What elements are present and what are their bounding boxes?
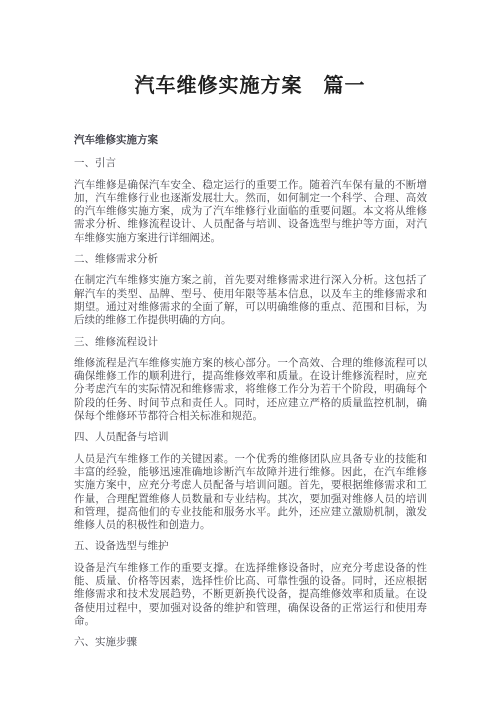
section-heading-introduction: 一、引言 (74, 157, 427, 170)
section-heading-demand-analysis: 二、维修需求分析 (74, 253, 427, 266)
section-heading-process-design: 三、维修流程设计 (74, 336, 427, 349)
section-paragraph-process-design: 维修流程是汽车维修实施方案的核心部分。一个高效、合理的维修流程可以确保维修工作的… (74, 357, 427, 423)
document-body: 汽车维修实施方案 一、引言 汽车维修是确保汽车安全、稳定运行的重要工作。随着汽车… (74, 134, 427, 650)
document-subtitle: 汽车维修实施方案 (74, 134, 427, 147)
document-page: 汽车维修实施方案 篇一 汽车维修实施方案 一、引言 汽车维修是确保汽车安全、稳定… (0, 0, 500, 707)
section-heading-implementation-steps: 六、实施步骤 (74, 636, 427, 649)
section-heading-staffing-training: 四、人员配备与培训 (74, 431, 427, 444)
section-paragraph-introduction: 汽车维修是确保汽车安全、稳定运行的重要工作。随着汽车保有量的不断增加，汽车维修行… (74, 179, 427, 245)
section-paragraph-equipment: 设备是汽车维修工作的重要支撑。在选择维修设备时，应充分考虑设备的性能、质量、价格… (74, 562, 427, 628)
section-heading-equipment: 五、设备选型与维护 (74, 540, 427, 553)
section-paragraph-staffing-training: 人员是汽车维修工作的关键因素。一个优秀的维修团队应具备专业的技能和丰富的经验，能… (74, 453, 427, 533)
document-title: 汽车维修实施方案 篇一 (50, 72, 450, 100)
section-paragraph-demand-analysis: 在制定汽车维修实施方案之前，首先要对维修需求进行深入分析。这包括了解汽车的类型、… (74, 274, 427, 327)
